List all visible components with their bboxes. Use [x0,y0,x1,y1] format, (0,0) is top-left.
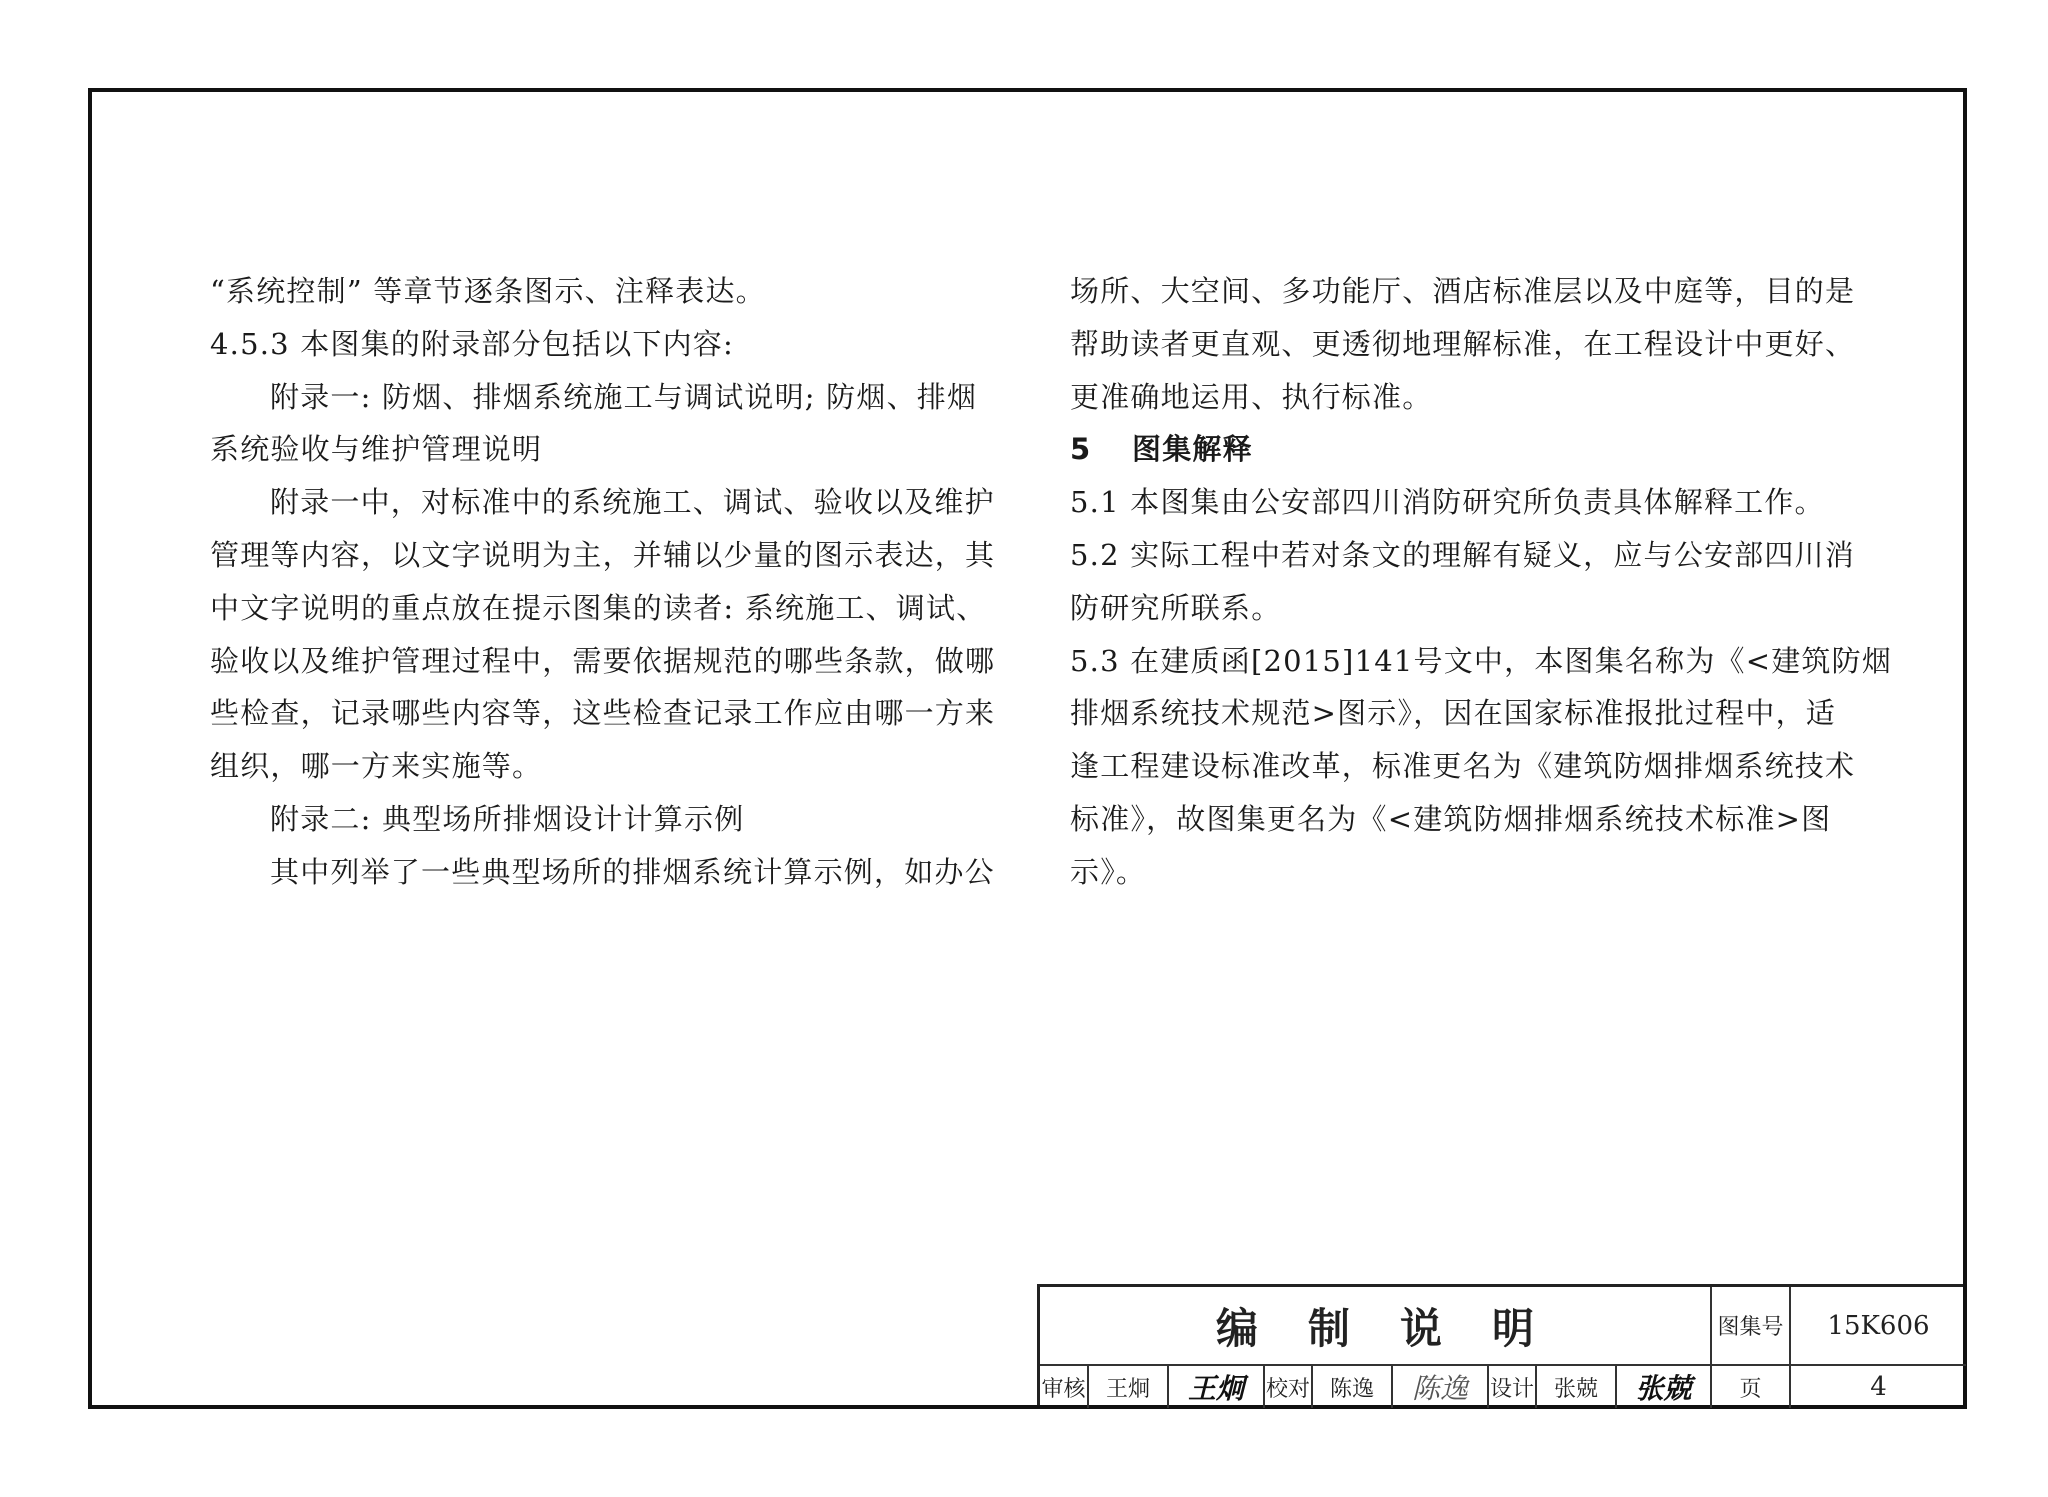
text-line: 排烟系统技术规范>图示》，因在国家标准报批过程中，适 [1070,687,1860,740]
right-text-column: 场所、大空间、多功能厅、酒店标准层以及中庭等，目的是 帮助读者更直观、更透彻地理… [1070,265,1860,899]
design-signature: 张兢 [1617,1366,1712,1408]
text-line: “系统控制” 等章节逐条图示、注释表达。 [210,265,1010,318]
review-label: 审核 [1040,1366,1089,1408]
page-number: 4 [1791,1366,1966,1408]
section-number: 5 [1070,423,1132,476]
section-heading: 5图集解释 [1070,423,1860,476]
atlas-number: 15K606 [1791,1287,1966,1366]
design-name: 张兢 [1537,1366,1617,1408]
text-line: 标准》，故图集更名为《<建筑防烟排烟系统技术标准>图 [1070,793,1860,846]
drawing-title: 编制说明 [1040,1287,1712,1366]
design-label: 设计 [1489,1366,1537,1408]
text-line: 场所、大空间、多功能厅、酒店标准层以及中庭等，目的是 [1070,265,1860,318]
text-line: 逢工程建设标准改革，标准更名为《建筑防烟排烟系统技术 [1070,740,1860,793]
text-line: 防研究所联系。 [1070,582,1860,635]
atlas-number-label: 图集号 [1712,1287,1791,1366]
text-line: 些检查，记录哪些内容等，这些检查记录工作应由哪一方来 [210,687,1010,740]
text-line: 帮助读者更直观、更透彻地理解标准，在工程设计中更好、 [1070,318,1860,371]
text-line: 示》。 [1070,846,1860,899]
text-line: 更准确地运用、执行标准。 [1070,371,1860,424]
proof-label: 校对 [1265,1366,1313,1408]
proof-name: 陈逸 [1313,1366,1393,1408]
left-text-column: “系统控制” 等章节逐条图示、注释表达。 4.5.3 本图集的附录部分包括以下内… [210,265,1010,899]
text-line: 系统验收与维护管理说明 [210,423,1010,476]
page-label: 页 [1712,1366,1791,1408]
text-line: 附录二: 典型场所排烟设计计算示例 [210,793,1010,846]
proof-signature: 陈逸 [1393,1366,1489,1408]
text-line: 其中列举了一些典型场所的排烟系统计算示例，如办公 [210,846,1010,899]
text-line: 附录一中，对标准中的系统施工、调试、验收以及维护 [210,476,1010,529]
section-title: 图集解释 [1132,432,1253,466]
clause-5-3: 5.3 在建质函[2015]141号文中，本图集名称为《<建筑防烟 [1070,635,1860,688]
clause-5-2: 5.2 实际工程中若对条文的理解有疑义，应与公安部四川消 [1070,529,1860,582]
text-line: 组织，哪一方来实施等。 [210,740,1010,793]
text-line: 验收以及维护管理过程中，需要依据规范的哪些条款，做哪 [210,635,1010,688]
text-line: 中文字说明的重点放在提示图集的读者: 系统施工、调试、 [210,582,1010,635]
text-line: 附录一: 防烟、排烟系统施工与调试说明; 防烟、排烟 [210,371,1010,424]
review-signature: 王炯 [1169,1366,1265,1408]
clause-4-5-3: 4.5.3 本图集的附录部分包括以下内容: [210,318,1010,371]
clause-5-1: 5.1 本图集由公安部四川消防研究所负责具体解释工作。 [1070,476,1860,529]
review-name: 王炯 [1089,1366,1169,1408]
text-line: 管理等内容，以文字说明为主，并辅以少量的图示表达，其 [210,529,1010,582]
title-block: 编制说明 图集号 15K606 审核 王炯 王炯 校对 陈逸 陈逸 设计 张兢 … [1037,1284,1963,1405]
